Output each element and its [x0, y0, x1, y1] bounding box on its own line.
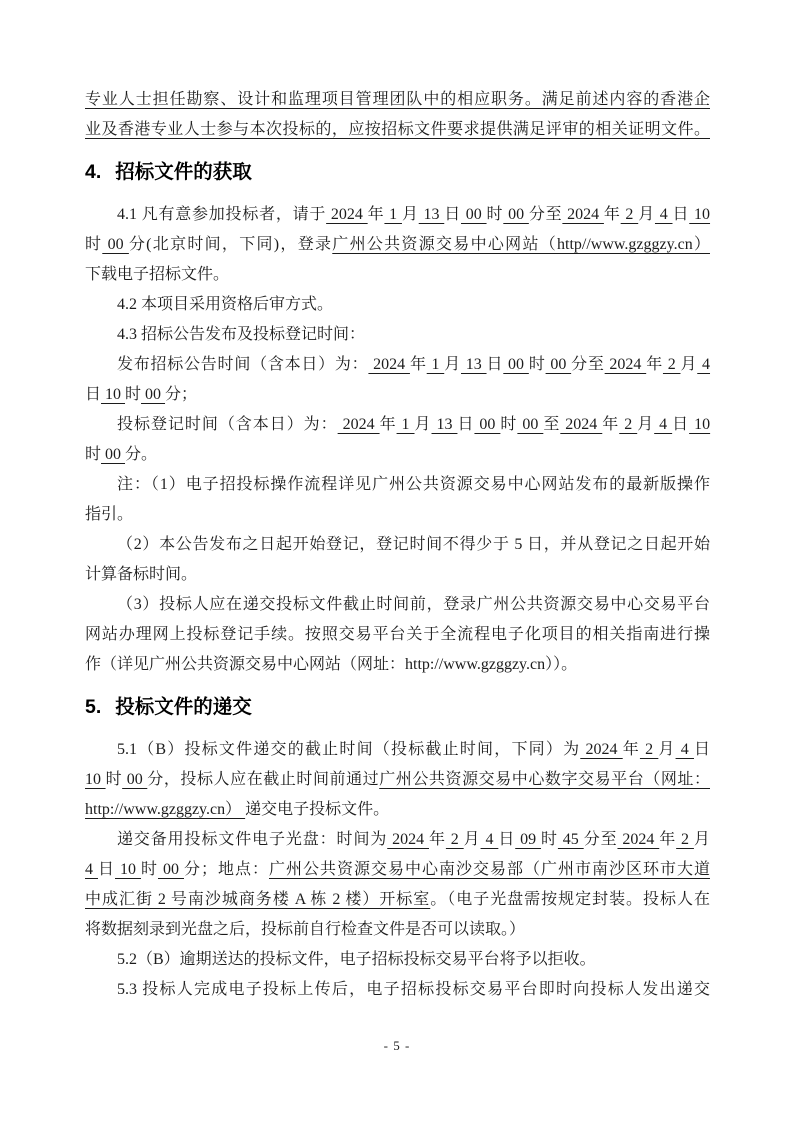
underlined-text: 2 [640, 741, 658, 758]
underlined-text: 2 [446, 831, 464, 848]
underlined-text: 2024 [338, 416, 380, 433]
text-segment: 作（详见广州公共资源交易中心网站（网址：http://www.gzggzy.cn… [85, 656, 577, 673]
heading-number: 4. [85, 161, 101, 183]
text-segment: 月 [637, 416, 654, 433]
underlined-text: 13 [432, 416, 458, 433]
paragraph: （2）本公告发布之日起开始登记，登记时间不得少于 5 日，并从登记之日起开始计算… [85, 530, 710, 590]
text-segment: 月 [402, 206, 419, 223]
underlined-text: 1 [427, 356, 445, 373]
text-line: 日 10 时 00 分； [85, 380, 710, 410]
text-segment: 年 [604, 206, 621, 223]
underlined-text: 00 [102, 236, 129, 253]
page-number: - 5 - [384, 1038, 411, 1053]
text-segment: 时 [500, 416, 517, 433]
underlined-text: 13 [419, 206, 445, 223]
text-segment: 时 [106, 771, 123, 788]
text-segment: 计算备标时间。 [85, 566, 197, 583]
text-line: 下载电子招标文件。 [85, 260, 710, 290]
text-line: 将数据刻录到光盘之后，投标前自行检查文件是否可以读取。） [85, 915, 710, 945]
text-segment: 。（电子光盘需按规定封装。投标人在 [430, 891, 710, 908]
underlined-text: 1 [397, 416, 415, 433]
underlined-text: 13 [461, 356, 487, 373]
underlined-text: 广州公共资源交易中心南沙交易部（广州市南沙区环市大道 [269, 861, 710, 878]
paragraph: 专业人士担任勘察、设计和监理项目管理团队中的相应职务。满足前述内容的香港企业及香… [85, 85, 710, 145]
text-segment: 日 [444, 206, 461, 223]
underlined-text: 4 [697, 356, 710, 373]
text-segment: 至 [543, 416, 560, 433]
underlined-text: 00 [461, 206, 487, 223]
text-segment: 5.2（B）逾期送达的投标文件，电子招标投标交易平台将予以拒收。 [117, 951, 596, 968]
text-segment: 日 [98, 861, 115, 878]
underlined-text: 00 [141, 386, 165, 403]
underlined-text: 1 [384, 206, 402, 223]
text-segment: 月 [694, 831, 710, 848]
text-line: 10 时 00 分，投标人应在截止时间前通过广州公共资源交易中心数字交易平台（网… [85, 765, 710, 795]
underlined-text: 2024 [617, 831, 659, 848]
text-segment: 日 [694, 741, 710, 758]
text-segment: 年 [368, 206, 385, 223]
text-segment: 分。 [125, 446, 157, 463]
text-segment: 日 [498, 831, 515, 848]
text-segment: 日 [85, 386, 101, 403]
underlined-text: 00 [122, 771, 147, 788]
paragraph: 5.3 投标人完成电子投标上传后，电子招标投标交易平台即时向投标人发出递交 [85, 975, 710, 1005]
underlined-text: 00 [474, 416, 500, 433]
text-segment: （3）投标人应在递交投标文件截止时间前，登录广州公共资源交易中心交易平台 [117, 596, 710, 613]
heading-text: 招标文件的获取 [115, 161, 252, 183]
section-heading: 5.投标文件的递交 [85, 692, 710, 722]
text-line: 投标登记时间（含本日）为： 2024 年 1 月 13 日 00 时 00 至 … [85, 410, 710, 440]
text-segment: 投标登记时间（含本日）为： [117, 416, 338, 433]
text-line: 注：（1）电子招投标操作流程详见广州公共资源交易中心网站发布的最新版操作 [85, 470, 710, 500]
text-segment: 网站办理网上投标登记手续。按照交易平台关于全流程电子化项目的相关指南进行操 [85, 626, 710, 643]
text-segment: 4.3 招标公告发布及投标登记时间： [117, 326, 365, 343]
underlined-text: 广州公共资源交易中心数字交易平台（网址： [379, 771, 710, 788]
text-segment: 时 [529, 356, 546, 373]
underlined-text: 2024 [560, 416, 602, 433]
text-segment: 年 [623, 741, 640, 758]
paragraph: 5.2（B）逾期送达的投标文件，电子招标投标交易平台将予以拒收。 [85, 945, 710, 975]
underlined-text: 业及香港专业人士参与本次投标的，应按招标文件要求提供满足评审的相关证明文件。 [85, 121, 710, 138]
underlined-text: 45 [558, 831, 584, 848]
text-segment: 年 [659, 831, 676, 848]
text-line: 5.2（B）逾期送达的投标文件，电子招标投标交易平台将予以拒收。 [85, 945, 710, 975]
text-segment: 分，投标人应在截止时间前通过 [147, 771, 379, 788]
text-line: 时 00 分。 [85, 440, 710, 470]
text-segment: 4.1 凡有意参加投标者，请于 [117, 206, 326, 223]
underlined-text: 2024 [326, 206, 368, 223]
text-line: 5.3 投标人完成电子投标上传后，电子招标投标交易平台即时向投标人发出递交 [85, 975, 710, 1005]
underlined-text: 2024 [387, 831, 429, 848]
text-segment: 时 [85, 236, 102, 253]
text-segment: 月 [415, 416, 432, 433]
text-segment: 下载电子招标文件。 [85, 266, 229, 283]
text-line: （3）投标人应在递交投标文件截止时间前，登录广州公共资源交易中心交易平台 [85, 590, 710, 620]
page-footer: - 5 - [0, 1038, 794, 1054]
text-segment: （2）本公告发布之日起开始登记，登记时间不得少于 5 日，并从登记之日起开始 [117, 536, 710, 553]
text-line: 5.1（B）投标文件递交的截止时间（投标截止时间，下同）为 2024 年 2 月… [85, 735, 710, 765]
text-segment: 5.1（B）投标文件递交的截止时间（投标截止时间，下同）为 [117, 741, 580, 758]
text-line: 4.2 本项目采用资格后审方式。 [85, 290, 710, 320]
underlined-text: 2 [676, 831, 694, 848]
underlined-text: 09 [515, 831, 541, 848]
underlined-text: 4 [481, 831, 499, 848]
paragraph: 递交备用投标文件电子光盘：时间为 2024 年 2 月 4 日 09 时 45 … [85, 825, 710, 945]
underlined-text: 10 [101, 386, 125, 403]
underlined-text: 2024 [605, 356, 647, 373]
paragraph: 4.3 招标公告发布及投标登记时间： [85, 320, 710, 350]
text-segment: 时 [487, 206, 504, 223]
paragraph: 发布招标公告时间（含本日）为： 2024 年 1 月 13 日 00 时 00 … [85, 350, 710, 410]
text-segment: 日 [487, 356, 504, 373]
underlined-text: 4 [85, 861, 98, 878]
paragraph: 投标登记时间（含本日）为： 2024 年 1 月 13 日 00 时 00 至 … [85, 410, 710, 470]
section-heading: 4.招标文件的获取 [85, 157, 710, 187]
text-line: 网站办理网上投标登记手续。按照交易平台关于全流程电子化项目的相关指南进行操 [85, 620, 710, 650]
text-segment: 日 [457, 416, 474, 433]
text-line: 发布招标公告时间（含本日）为： 2024 年 1 月 13 日 00 时 00 … [85, 350, 710, 380]
underlined-text: 2 [621, 206, 639, 223]
paragraph: 5.1（B）投标文件递交的截止时间（投标截止时间，下同）为 2024 年 2 月… [85, 735, 710, 825]
text-segment: 指引。 [85, 506, 133, 523]
text-line: 专业人士担任勘察、设计和监理项目管理团队中的相应职务。满足前述内容的香港企 [85, 85, 710, 115]
text-segment: 分至 [584, 831, 618, 848]
text-segment: 分至 [529, 206, 563, 223]
underlined-text: 00 [101, 446, 125, 463]
paragraph: 4.1 凡有意参加投标者，请于 2024 年 1 月 13 日 00 时 00 … [85, 200, 710, 290]
text-segment: 年 [646, 356, 663, 373]
document-page: 专业人士担任勘察、设计和监理项目管理团队中的相应职务。满足前述内容的香港企业及香… [0, 0, 794, 1123]
text-line: 4.1 凡有意参加投标者，请于 2024 年 1 月 13 日 00 时 00 … [85, 200, 710, 230]
heading-text: 投标文件的递交 [115, 696, 252, 718]
underlined-text: 专业人士担任勘察、设计和监理项目管理团队中的相应职务。满足前述内容的香港企 [85, 91, 710, 108]
text-segment: 月 [638, 206, 655, 223]
paragraph: 4.2 本项目采用资格后审方式。 [85, 290, 710, 320]
text-line: 业及香港专业人士参与本次投标的，应按招标文件要求提供满足评审的相关证明文件。 [85, 115, 710, 145]
underlined-text: 2 [619, 416, 637, 433]
text-line: 时 00 分(北京时间，下同)，登录广州公共资源交易中心网站（http//www… [85, 230, 710, 260]
text-segment: 递交电子投标文件。 [245, 801, 389, 818]
underlined-text: 10 [689, 206, 710, 223]
text-segment: 月 [464, 831, 481, 848]
text-line: 中成汇街 2 号南沙城商务楼 A 栋 2 楼）开标室。（电子光盘需按规定封装。投… [85, 885, 710, 915]
underlined-text: 4 [654, 416, 672, 433]
text-segment: 时 [541, 831, 558, 848]
text-segment: 年 [429, 831, 446, 848]
paragraph: 注：（1）电子招投标操作流程详见广州公共资源交易中心网站发布的最新版操作指引。 [85, 470, 710, 530]
underlined-text: 2024 [580, 741, 622, 758]
underlined-text: 4 [655, 206, 673, 223]
underlined-text: 2024 [368, 356, 410, 373]
text-line: （2）本公告发布之日起开始登记，登记时间不得少于 5 日，并从登记之日起开始 [85, 530, 710, 560]
underlined-text: 00 [158, 861, 184, 878]
text-segment: 发布招标公告时间（含本日）为： [117, 356, 368, 373]
text-segment: 5.3 投标人完成电子投标上传后，电子招标投标交易平台即时向投标人发出递交 [117, 981, 710, 998]
heading-number: 5. [85, 696, 101, 718]
text-line: 4 日 10 时 00 分；地点：广州公共资源交易中心南沙交易部（广州市南沙区环… [85, 855, 710, 885]
text-segment: 时 [141, 861, 158, 878]
text-segment: 时 [85, 446, 101, 463]
text-line: 4.3 招标公告发布及投标登记时间： [85, 320, 710, 350]
text-segment: 将数据刻录到光盘之后，投标前自行检查文件是否可以读取。） [85, 921, 525, 938]
text-line: 指引。 [85, 500, 710, 530]
text-segment: 分；地点： [184, 861, 269, 878]
text-segment: 月 [680, 356, 697, 373]
text-segment: 日 [672, 416, 689, 433]
text-segment: 注：（1）电子招投标操作流程详见广州公共资源交易中心网站发布的最新版操作 [117, 476, 710, 493]
text-segment: 年 [380, 416, 397, 433]
text-segment: 年 [410, 356, 427, 373]
text-line: 递交备用投标文件电子光盘：时间为 2024 年 2 月 4 日 09 时 45 … [85, 825, 710, 855]
text-segment: 月 [658, 741, 675, 758]
text-segment: 4.2 本项目采用资格后审方式。 [117, 296, 333, 313]
text-segment: 分； [165, 386, 197, 403]
underlined-text: 10 [85, 771, 106, 788]
underlined-text: 00 [503, 356, 529, 373]
text-segment: 递交备用投标文件电子光盘：时间为 [117, 831, 387, 848]
underlined-text: 10 [115, 861, 141, 878]
text-segment: 日 [673, 206, 690, 223]
underlined-text: http://www.gzggzy.cn） [85, 801, 245, 818]
text-segment: 分(北京时间，下同)，登录 [129, 236, 332, 253]
paragraph: （3）投标人应在递交投标文件截止时间前，登录广州公共资源交易中心交易平台网站办理… [85, 590, 710, 680]
text-line: 作（详见广州公共资源交易中心网站（网址：http://www.gzggzy.cn… [85, 650, 710, 680]
underlined-text: 广州公共资源交易中心网站（http//www.gzggzy.cn） [332, 236, 710, 253]
underlined-text: 2 [663, 356, 681, 373]
underlined-text: 2024 [562, 206, 604, 223]
text-line: http://www.gzggzy.cn） 递交电子投标文件。 [85, 795, 710, 825]
underlined-text: 00 [546, 356, 572, 373]
text-segment: 分至 [571, 356, 605, 373]
underlined-text: 10 [689, 416, 710, 433]
text-segment: 时 [125, 386, 141, 403]
text-segment: 年 [602, 416, 619, 433]
underlined-text: 中成汇街 2 号南沙城商务楼 A 栋 2 楼）开标室 [85, 891, 430, 908]
text-line: 计算备标时间。 [85, 560, 710, 590]
underlined-text: 00 [517, 416, 543, 433]
text-segment: 月 [444, 356, 461, 373]
document-body: 专业人士担任勘察、设计和监理项目管理团队中的相应职务。满足前述内容的香港企业及香… [85, 85, 710, 1005]
underlined-text: 4 [676, 741, 694, 758]
underlined-text: 00 [503, 206, 529, 223]
